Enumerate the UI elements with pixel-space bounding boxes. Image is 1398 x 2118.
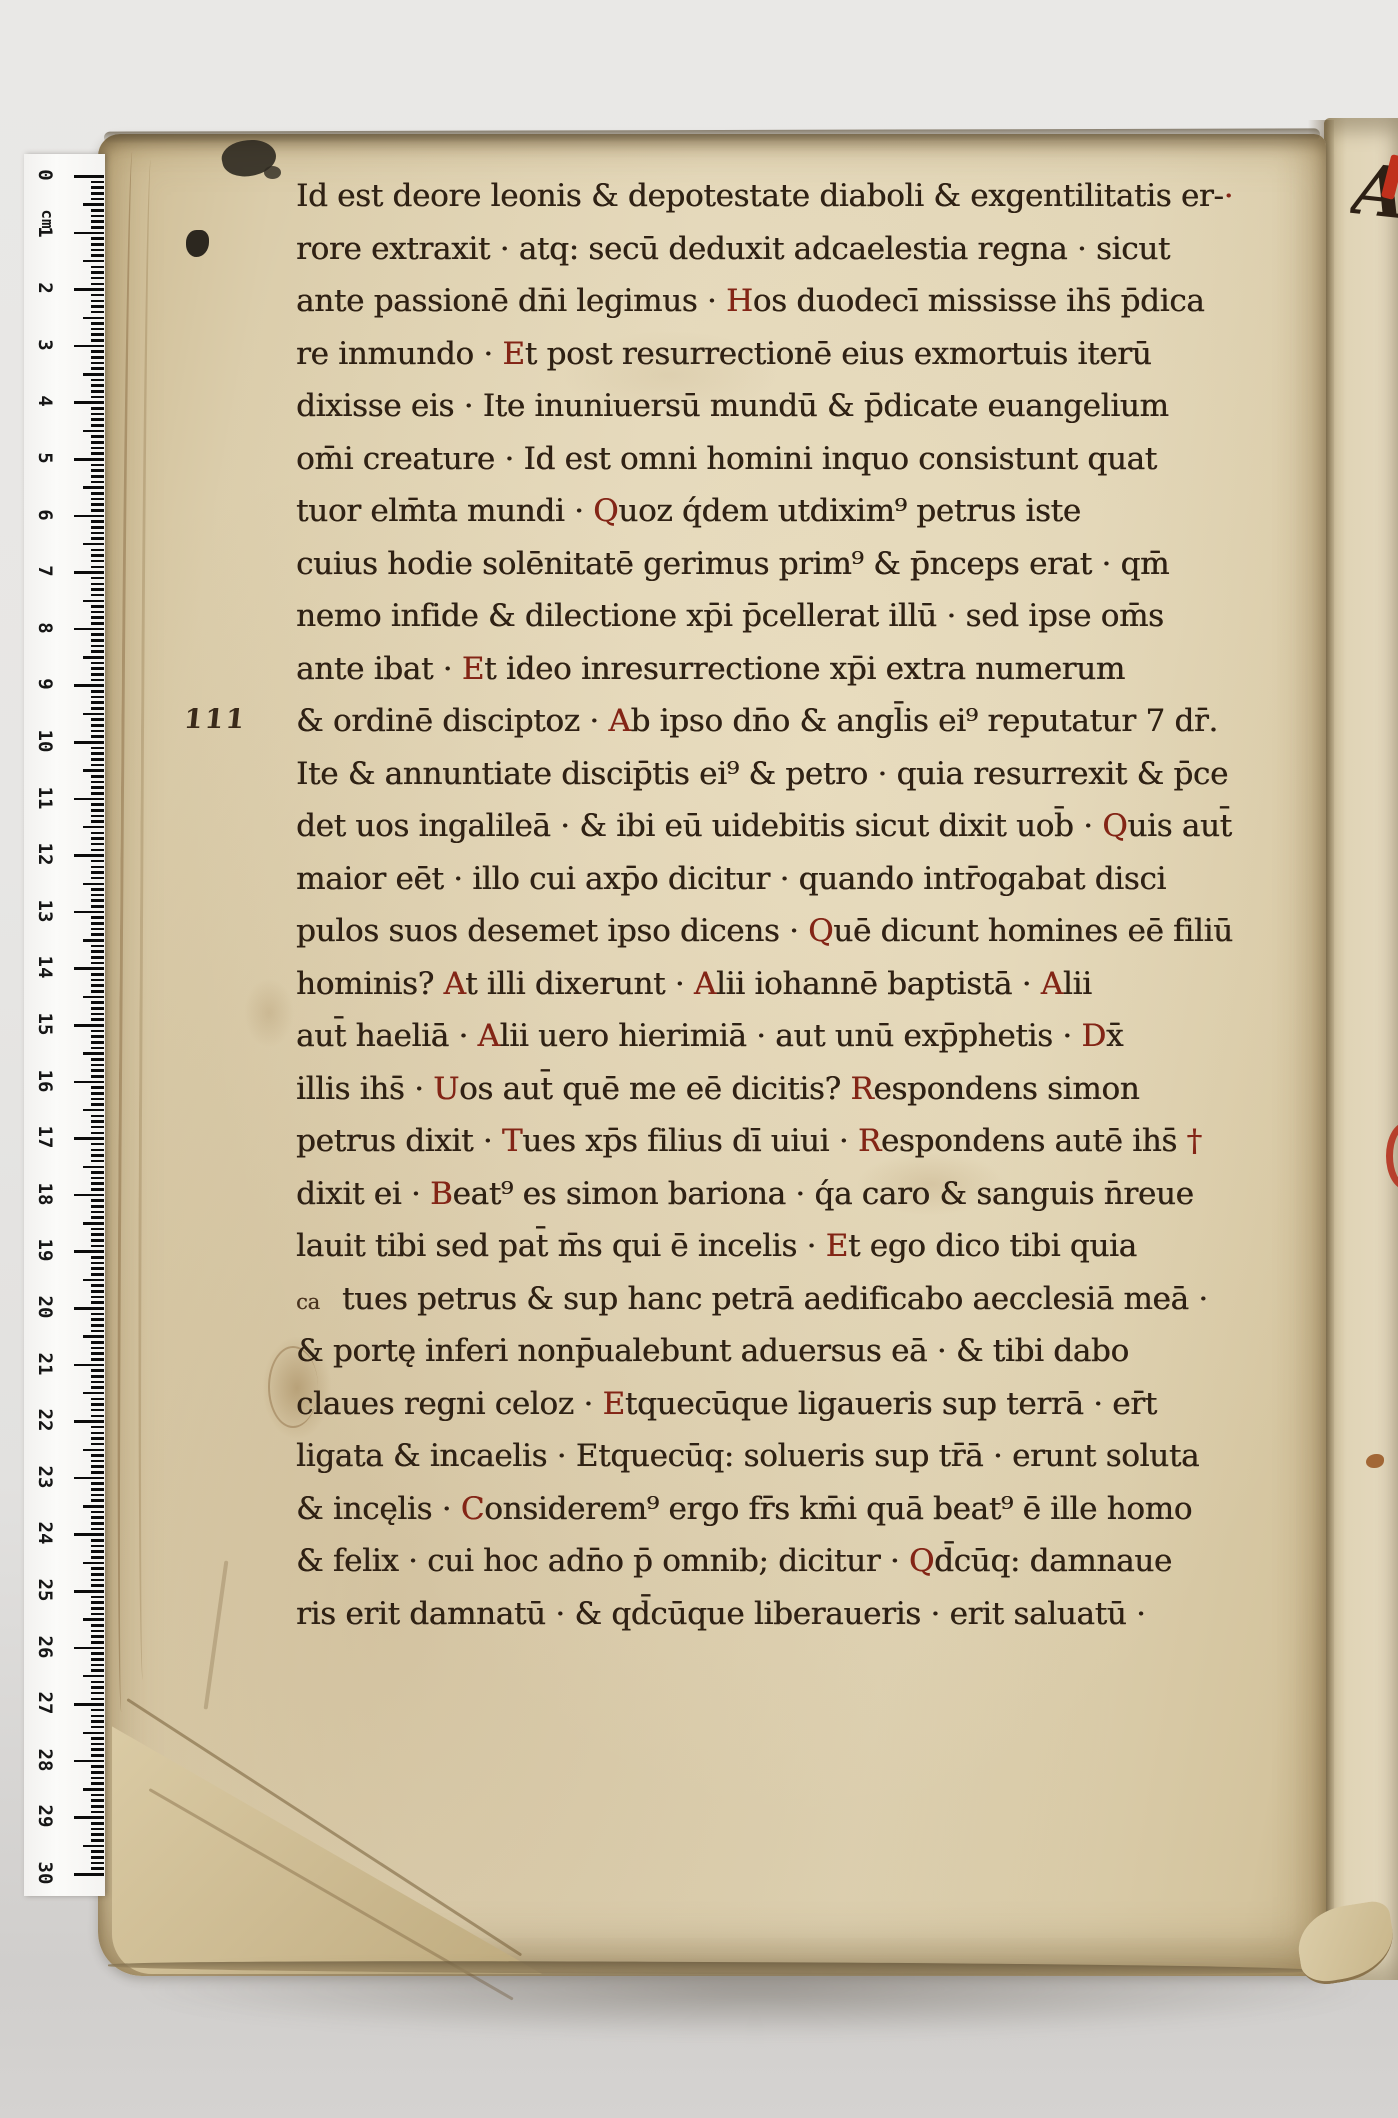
ruler-tick	[91, 696, 104, 699]
ruler-tick	[91, 1120, 104, 1123]
ruler-tick	[91, 1482, 104, 1485]
manuscript-line: & incęlis · Considerem⁹ ergo fr̄s km̄i q…	[296, 1483, 1326, 1536]
ruler-tick	[91, 605, 104, 608]
ruler-tick	[91, 1556, 104, 1559]
ruler-tick	[91, 322, 104, 325]
ruler-tick	[83, 656, 104, 659]
ruler-tick	[91, 933, 104, 936]
ruler-tick	[74, 1137, 104, 1140]
ruler-tick	[91, 1432, 104, 1435]
ruler-tick	[74, 1590, 104, 1593]
manuscript-line: nemo infide & dilectione xp̄i p̄cellerat…	[296, 590, 1326, 643]
ruler-tick	[91, 888, 104, 891]
ruler-number: 22	[34, 1407, 56, 1433]
ruler-tick	[91, 1850, 104, 1853]
ruler-tick	[91, 667, 104, 670]
rubricated-initial: B	[430, 1176, 452, 1212]
ruler-tick	[91, 1664, 104, 1667]
ruler-tick	[91, 294, 104, 297]
ruler-number: 2	[34, 275, 56, 301]
ruler-tick	[74, 1647, 104, 1650]
ruler-tick	[83, 543, 104, 546]
ruler-tick	[91, 1035, 104, 1038]
ruler-tick	[91, 464, 104, 467]
ruler-tick	[91, 922, 104, 925]
ruler-tick	[91, 792, 104, 795]
ruler-number: 24	[34, 1520, 56, 1546]
ruler-tick	[91, 1511, 104, 1514]
ruler-tick	[91, 1415, 104, 1418]
ruler-tick	[91, 1132, 104, 1135]
line-text: eat⁹ es simon bariona · q́a caro & sangu…	[452, 1176, 1193, 1212]
ruler-tick	[91, 1658, 104, 1661]
ruler-tick	[91, 1001, 104, 1004]
ruler-tick	[91, 243, 104, 246]
ruler-tick	[91, 254, 104, 257]
ruler-tick	[91, 249, 104, 252]
ruler-tick	[91, 1030, 104, 1033]
ruler-tick	[91, 639, 104, 642]
ruler-tick	[74, 1024, 104, 1027]
book-shadow	[130, 1968, 1380, 2038]
line-text: nemo infide & dilectione xp̄i p̄cellerat…	[296, 598, 1164, 634]
line-text: cuius hodie solēnitatē gerimus prim⁹ & p…	[296, 546, 1169, 582]
ruler-tick	[91, 384, 104, 387]
manuscript-line: dixisse eis · Ite inuniuersū mundū & p̄d…	[296, 380, 1326, 433]
ruler-tick	[91, 650, 104, 653]
ruler-tick	[91, 537, 104, 540]
ruler-tick	[91, 350, 104, 353]
rubricated-initial: A	[444, 966, 466, 1002]
line-text: ues xp̄s filius dī uiui ·	[522, 1123, 858, 1159]
line-text: aut̄ haeliā ·	[296, 1018, 478, 1054]
ruler-tick	[74, 232, 104, 235]
ruler-tick	[91, 1567, 104, 1570]
ruler-tick	[91, 905, 104, 908]
ruler-number: 14	[34, 954, 56, 980]
line-text: & incęlis ·	[296, 1491, 461, 1527]
ruler-tick	[74, 1307, 104, 1310]
line-text: om̄i creature · Id est omni homini inquo…	[296, 441, 1157, 477]
ruler-tick	[91, 1867, 104, 1870]
ruler-tick	[91, 1607, 104, 1610]
ruler-tick	[83, 1675, 104, 1678]
ruler-tick	[91, 849, 104, 852]
ruler-tick	[91, 1115, 104, 1118]
ruler-tick	[91, 594, 104, 597]
ruler-tick	[83, 1052, 104, 1055]
ruler-tick	[91, 469, 104, 472]
rubricated-initial: U	[433, 1071, 459, 1107]
ruler-tick	[91, 435, 104, 438]
ruler-tick	[91, 1516, 104, 1519]
ruler-tick	[91, 1528, 104, 1531]
ruler-tick	[91, 1092, 104, 1095]
line-text: uis aut̄	[1127, 808, 1231, 844]
ruler-tick	[83, 826, 104, 829]
ruler-tick	[91, 1318, 104, 1321]
ruler-tick	[91, 1075, 104, 1078]
ruler-tick	[91, 498, 104, 501]
ruler-number: 15	[34, 1011, 56, 1037]
ruler-tick	[91, 588, 104, 591]
rubricated-initial: E	[826, 1228, 848, 1264]
ink-smudge	[264, 166, 281, 179]
line-text: & felix · cui hoc adn̄o p̄ omnib; dicitu…	[296, 1543, 909, 1579]
ruler-tick	[91, 1143, 104, 1146]
manuscript-line: illis ihs̄ · Uos aut̄ quē me eē dicitis?…	[296, 1063, 1326, 1116]
rubricated-initial: H	[726, 283, 753, 319]
ruler-tick	[91, 1103, 104, 1106]
ruler-tick	[91, 566, 104, 569]
line-text: tuor elm̄ta mundi ·	[296, 493, 593, 529]
cm-ruler: 0123456789101112131415161718192021222324…	[24, 154, 105, 1896]
ruler-tick	[91, 1273, 104, 1276]
ruler-tick	[91, 1635, 104, 1638]
ruler-number: 19	[34, 1237, 56, 1263]
ruler-tick	[91, 758, 104, 761]
ruler-tick	[91, 724, 104, 727]
ruler-tick	[91, 1341, 104, 1344]
line-text: re inmundo ·	[296, 336, 502, 372]
ruler-tick	[91, 950, 104, 953]
ruler-tick	[83, 996, 104, 999]
ruler-number: 11	[34, 785, 56, 811]
rubricated-initial: A	[694, 966, 716, 1002]
ruler-tick	[91, 271, 104, 274]
ruler-number: 16	[34, 1068, 56, 1094]
ruler-tick	[91, 1284, 104, 1287]
ruler-tick	[91, 1669, 104, 1672]
line-text: & ordinē disciptoz ·	[296, 703, 608, 739]
line-text: uē dicunt homines eē filiū	[833, 913, 1232, 949]
ruler-tick	[91, 622, 104, 625]
ruler-tick	[83, 1618, 104, 1621]
ruler-tick	[91, 209, 104, 212]
manuscript-line: ris erit damnatū · & qd̄cūque liberaueri…	[296, 1588, 1326, 1641]
ruler-tick	[91, 1856, 104, 1859]
ruler-number: 3	[34, 332, 56, 358]
line-text: dixisse eis · Ite inuniuersū mundū & p̄d…	[296, 388, 1169, 424]
rubricated-initial: Q	[1102, 808, 1127, 844]
manuscript-line: tuor elm̄ta mundi · Quoz q́dem utdixim⁹ …	[296, 485, 1326, 538]
ruler-tick	[91, 1726, 104, 1729]
manuscript-line: rore extraxit · atq: secū deduxit adcael…	[296, 223, 1326, 276]
ruler-number: 17	[34, 1124, 56, 1150]
manuscript-line: & portę inferi nonp̄ualebunt aduersus eā…	[296, 1325, 1326, 1378]
ruler-tick	[83, 1788, 104, 1791]
ruler-tick	[91, 1862, 104, 1865]
ruler-number: 8	[34, 615, 56, 641]
rubricated-initial: T	[502, 1123, 522, 1159]
ruler-tick	[91, 1047, 104, 1050]
ruler-tick	[74, 515, 104, 518]
ruler-tick	[74, 1081, 104, 1084]
ruler-tick	[91, 1454, 104, 1457]
ruler-tick	[91, 1698, 104, 1701]
ruler-tick	[83, 1562, 104, 1565]
ruler-tick	[91, 1245, 104, 1248]
ruler-tick	[91, 837, 104, 840]
manuscript-line: maior eēt · illo cui axp̄o dicitur · qua…	[296, 853, 1326, 906]
ruler-tick	[91, 1641, 104, 1644]
ruler-tick	[91, 1805, 104, 1808]
ruler-tick	[91, 1358, 104, 1361]
rubricated-initial: E	[462, 651, 484, 687]
ruler-number: 0	[34, 162, 56, 188]
ruler-tick	[91, 1171, 104, 1174]
ruler-tick	[91, 1228, 104, 1231]
ruler-tick	[83, 769, 104, 772]
ruler-tick	[74, 1533, 104, 1536]
ruler-tick	[74, 1703, 104, 1706]
ruler-tick	[83, 939, 104, 942]
ruler-tick	[91, 492, 104, 495]
ruler-tick	[91, 1352, 104, 1355]
parchment-stain	[244, 978, 294, 1048]
ruler-tick	[91, 752, 104, 755]
ruler-tick	[91, 894, 104, 897]
line-text: t ego dico tibi quia	[848, 1228, 1137, 1264]
manuscript-text: Id est deore leonis & depotestate diabol…	[296, 170, 1326, 1640]
rubricated-initial: C	[461, 1491, 484, 1527]
ruler-tick	[91, 1539, 104, 1542]
ruler-tick	[91, 1126, 104, 1129]
ruler-tick	[91, 645, 104, 648]
ruler-tick	[91, 1465, 104, 1468]
ruler-tick	[91, 1069, 104, 1072]
line-text: x̄	[1106, 1018, 1123, 1054]
ruler-tick	[91, 1256, 104, 1259]
ruler-tick	[83, 1449, 104, 1452]
line-text: rore extraxit · atq: secū deduxit adcael…	[296, 231, 1170, 267]
manuscript-line: ante ibat · Et ideo inresurrectione xp̄i…	[296, 643, 1326, 696]
ruler-tick	[91, 1296, 104, 1299]
line-text: os aut̄ quē me eē dicitis?	[459, 1071, 850, 1107]
rubricated-initial: ·	[1224, 178, 1234, 214]
ruler-tick	[91, 764, 104, 767]
rubricated-initial: †	[1177, 1123, 1202, 1159]
ruler-number: 27	[34, 1690, 56, 1716]
ruler-tick	[83, 713, 104, 716]
ruler-tick	[91, 1426, 104, 1429]
folio-number: 111	[182, 704, 248, 735]
ruler-tick	[91, 1545, 104, 1548]
ruler-tick	[91, 1301, 104, 1304]
ruler-tick	[91, 1018, 104, 1021]
ruler-tick	[91, 928, 104, 931]
ruler-tick	[91, 1748, 104, 1751]
ruler-tick	[91, 396, 104, 399]
ruler-tick	[91, 1007, 104, 1010]
line-text: det uos ingalileā · & ibi eū uidebitis s…	[296, 808, 1102, 844]
ruler-tick	[74, 1873, 104, 1876]
ruler-tick	[91, 1437, 104, 1440]
ruler-tick	[91, 679, 104, 682]
ruler-tick	[91, 1754, 104, 1757]
ruler-tick	[91, 916, 104, 919]
manuscript-line: lauit tibi sed pat̄ m̄s qui ē incelis · …	[296, 1220, 1326, 1273]
ruler-tick	[74, 911, 104, 914]
ruler-tick	[91, 441, 104, 444]
ruler-tick	[91, 1828, 104, 1831]
ruler-tick	[91, 1098, 104, 1101]
ruler-tick	[91, 832, 104, 835]
ruler-number: 25	[34, 1577, 56, 1603]
ruler-tick	[91, 198, 104, 201]
ruler-tick	[91, 1765, 104, 1768]
ruler-number: 13	[34, 898, 56, 924]
ruler-tick	[91, 1737, 104, 1740]
ruler-tick	[91, 379, 104, 382]
line-text: espondens simon	[873, 1071, 1139, 1107]
ruler-tick	[91, 1443, 104, 1446]
ruler-tick	[74, 571, 104, 574]
rubricated-initial: Q	[808, 913, 833, 949]
line-text: dixit ei ·	[296, 1176, 430, 1212]
ruler-tick	[91, 1579, 104, 1582]
ruler-tick	[74, 1250, 104, 1253]
ruler-tick	[91, 226, 104, 229]
rubricated-initial: E	[502, 336, 524, 372]
ruler-tick	[91, 283, 104, 286]
rubricated-initial: Q	[909, 1543, 934, 1579]
ruler-number: 18	[34, 1181, 56, 1207]
ruler-number: 23	[34, 1464, 56, 1490]
ruler-tick	[91, 390, 104, 393]
ruler-tick	[91, 843, 104, 846]
ruler-tick	[91, 1233, 104, 1236]
line-text: maior eēt · illo cui axp̄o dicitur · qua…	[296, 861, 1166, 897]
ruler-tick	[91, 1199, 104, 1202]
ruler-tick	[83, 1505, 104, 1508]
ruler-tick	[91, 690, 104, 693]
ruler-tick	[91, 1822, 104, 1825]
ruler-tick	[74, 345, 104, 348]
line-text: lauit tibi sed pat̄ m̄s qui ē incelis ·	[296, 1228, 826, 1264]
ruler-tick	[91, 1177, 104, 1180]
ruler-tick	[91, 1839, 104, 1842]
ruler-tick	[91, 1630, 104, 1633]
manuscript-line: om̄i creature · Id est omni homini inquo…	[296, 433, 1326, 486]
ruler-tick	[74, 1816, 104, 1819]
ruler-number: 4	[34, 388, 56, 414]
ruler-tick	[74, 1760, 104, 1763]
ruler-tick	[91, 407, 104, 410]
ruler-tick	[91, 662, 104, 665]
ruler-tick	[91, 1686, 104, 1689]
manuscript-line: pulos suos desemet ipso dicens · Quē dic…	[296, 905, 1326, 958]
ruler-tick	[91, 1086, 104, 1089]
manuscript-line: & felix · cui hoc adn̄o p̄ omnib; dicitu…	[296, 1535, 1326, 1588]
ruler-tick	[91, 1709, 104, 1712]
rubricated-initial: A	[1041, 966, 1063, 1002]
ruler-tick	[91, 1313, 104, 1316]
ruler-tick	[91, 532, 104, 535]
ruler-tick	[91, 1596, 104, 1599]
ruler-number: 29	[34, 1803, 56, 1829]
ruler-tick	[91, 1743, 104, 1746]
marginal-note: ca	[296, 1276, 342, 1329]
ruler-number: 28	[34, 1747, 56, 1773]
ruler-number: 30	[34, 1860, 56, 1886]
ruler-tick	[91, 333, 104, 336]
line-text: t illi dixerunt ·	[465, 966, 694, 1002]
ruler-tick	[91, 339, 104, 342]
ruler-tick	[74, 175, 104, 178]
ruler-tick	[91, 1522, 104, 1525]
ruler-tick	[91, 1369, 104, 1372]
ruler-tick	[91, 707, 104, 710]
manuscript-line: & ordinē disciptoz · Ab ipso dn̄o & angl…	[296, 695, 1326, 748]
ruler-tick	[91, 673, 104, 676]
rubricated-initial: Q	[593, 493, 618, 529]
ruler-tick	[91, 520, 104, 523]
ruler-tick	[83, 317, 104, 320]
ruler-tick	[91, 447, 104, 450]
line-text: lii	[1063, 966, 1092, 1002]
ruler-tick	[91, 481, 104, 484]
ruler-tick	[91, 962, 104, 965]
ruler-tick	[91, 549, 104, 552]
ruler-tick	[74, 458, 104, 461]
ruler-tick	[91, 1013, 104, 1016]
ruler-tick	[91, 1488, 104, 1491]
line-text: t post resurrectionē eius exmortuis iter…	[525, 336, 1152, 372]
ruler-tick	[91, 877, 104, 880]
line-text: petrus dixit ·	[296, 1123, 502, 1159]
ruler-tick	[91, 1715, 104, 1718]
line-text: illis ihs̄ ·	[296, 1071, 433, 1107]
ruler-tick	[74, 401, 104, 404]
ruler-tick	[91, 860, 104, 863]
ruler-tick	[91, 611, 104, 614]
ruler-tick	[91, 215, 104, 218]
ruler-tick	[83, 1335, 104, 1338]
rubricated-initial: R	[850, 1071, 873, 1107]
ruler-tick	[91, 1624, 104, 1627]
line-text: ante passionē dn̄i legimus ·	[296, 283, 726, 319]
ruler-tick	[91, 730, 104, 733]
ruler-tick	[83, 203, 104, 206]
ruler-tick	[91, 418, 104, 421]
ruler-tick	[74, 684, 104, 687]
ruler-tick	[91, 1403, 104, 1406]
ruler-tick	[91, 973, 104, 976]
ruler-tick	[91, 475, 104, 478]
ruler-tick	[91, 820, 104, 823]
manuscript-line: ligata & incaelis · Etquecūq: solueris s…	[296, 1430, 1326, 1483]
ruler-tick	[91, 735, 104, 738]
ruler-tick	[91, 1692, 104, 1695]
ruler-tick	[74, 628, 104, 631]
ruler-tick	[91, 526, 104, 529]
ruler-tick	[83, 260, 104, 263]
line-text: ris erit damnatū · & qd̄cūque liberaueri…	[296, 1596, 1146, 1632]
ruler-tick	[91, 1573, 104, 1576]
line-text: b ipso dn̄o & angl̄is ei⁹ reputatur 7 dr…	[630, 703, 1218, 739]
ruler-tick	[91, 186, 104, 189]
ruler-tick	[74, 288, 104, 291]
ruler-tick	[74, 854, 104, 857]
line-text: d̄cūq: damnaue	[934, 1543, 1172, 1579]
ruler-tick	[91, 277, 104, 280]
ruler-tick	[83, 1109, 104, 1112]
manuscript-line: hominis? At illi dixerunt · Alii iohannē…	[296, 958, 1326, 1011]
ruler-tick	[91, 424, 104, 427]
ruler-tick	[91, 583, 104, 586]
rubricated-initial: E	[602, 1386, 624, 1422]
